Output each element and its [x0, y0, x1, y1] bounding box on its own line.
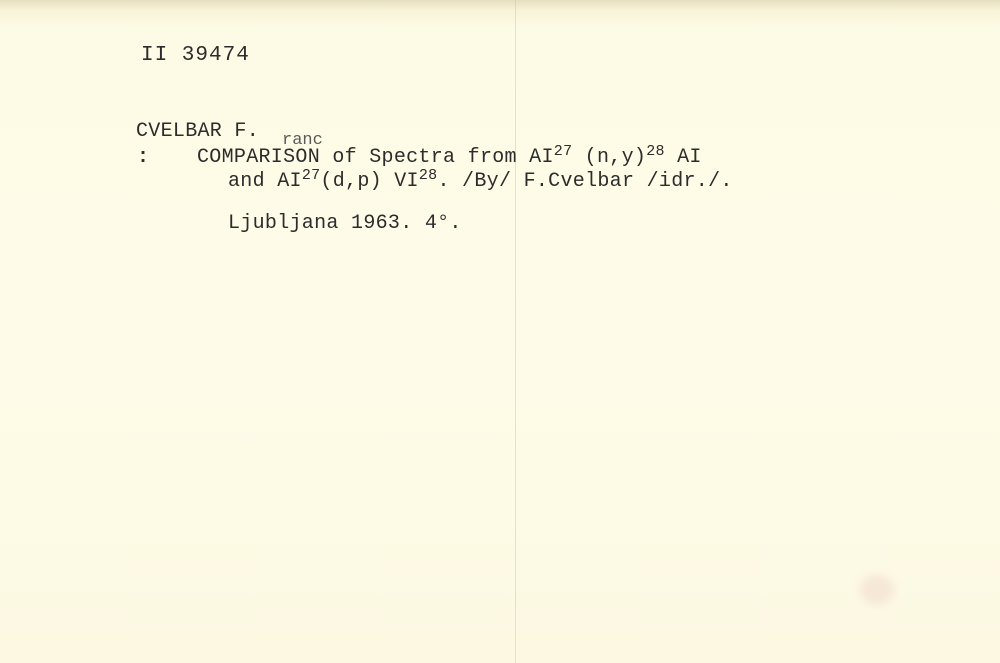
card-fold-crease — [515, 0, 516, 663]
title-text: (d,p) VI — [320, 170, 418, 193]
title-line-2: and AI27(d,p) VI28. /By/ F.Cvelbar /idr.… — [228, 172, 733, 192]
catalog-card: II 39474 CVELBAR F. ranc : COMPARISON of… — [0, 0, 1000, 663]
superscript: 27 — [302, 167, 321, 184]
paper-stain — [860, 575, 894, 605]
superscript: 28 — [646, 143, 665, 160]
title-text: AI — [665, 146, 702, 169]
author-heading: CVELBAR F. — [136, 122, 259, 142]
title-text: COMPARISON of Spectra from AI — [197, 146, 554, 169]
superscript: 28 — [419, 167, 438, 184]
imprint: Ljubljana 1963. 4°. — [228, 214, 462, 234]
title-text: . /By/ F.Cvelbar /idr./. — [437, 170, 732, 193]
superscript: 27 — [554, 143, 573, 160]
title-line-1: COMPARISON of Spectra from AI27 (n,y)28 … — [197, 148, 702, 168]
title-text: and AI — [228, 170, 302, 193]
title-text: (n,y) — [572, 146, 646, 169]
colon-marker: : — [137, 148, 149, 168]
call-number: II 39474 — [141, 45, 250, 66]
